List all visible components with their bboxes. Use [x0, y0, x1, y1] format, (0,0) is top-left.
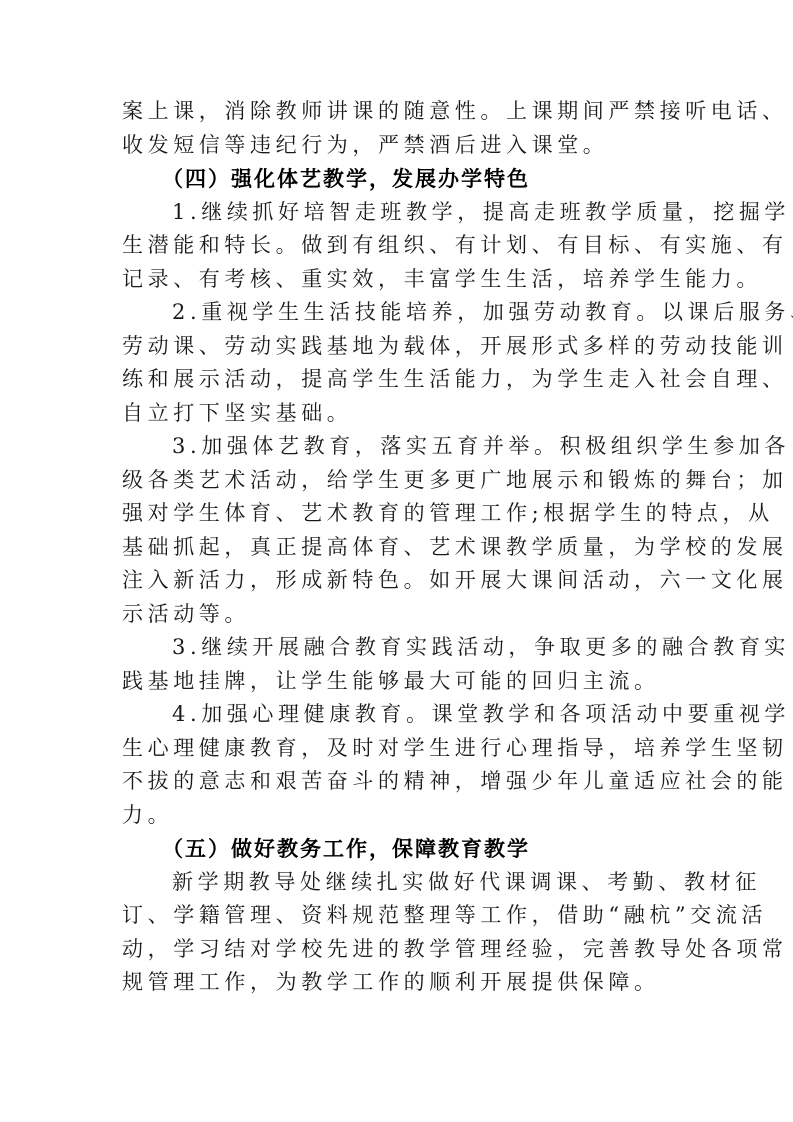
section-heading: （四）强化体艺教学，发展办学特色 [122, 162, 670, 196]
text-line: 案上课，消除教师讲课的随意性。上课期间严禁接听电话、 [122, 95, 670, 129]
text-line: 新学期教导处继续扎实做好代课调课、考勤、教材征 [122, 866, 670, 900]
text-line: 基础抓起，真正提高体育、艺术课教学质量，为学校的发展 [122, 531, 670, 565]
text-line: 2.重视学生生活技能培养，加强劳动教育。以课后服务、 [122, 296, 670, 330]
section-heading: （五）做好教务工作，保障教育教学 [122, 832, 670, 866]
section-5: （五）做好教务工作，保障教育教学 新学期教导处继续扎实做好代课调课、考勤、教材征… [122, 832, 670, 1000]
text-line: 示活动等。 [122, 598, 670, 632]
text-line: 收发短信等违纪行为，严禁酒后进入课堂。 [122, 129, 670, 163]
text-line: 生潜能和特长。做到有组织、有计划、有目标、有实施、有 [122, 229, 670, 263]
text-line: 自立打下坚实基础。 [122, 397, 670, 431]
list-item-4: 4.加强心理健康教育。课堂教学和各项活动中要重视学 生心理健康教育，及时对学生进… [122, 698, 670, 832]
text-line: 规管理工作，为教学工作的顺利开展提供保障。 [122, 966, 670, 1000]
text-line: 3.继续开展融合教育实践活动，争取更多的融合教育实 [122, 631, 670, 665]
text-line: 强对学生体育、艺术教育的管理工作;根据学生的特点，从 [122, 497, 670, 531]
text-line: 4.加强心理健康教育。课堂教学和各项活动中要重视学 [122, 698, 670, 732]
text-line: 注入新活力，形成新特色。如开展大课间活动，六一文化展 [122, 564, 670, 598]
text-line: 1.继续抓好培智走班教学，提高走班教学质量，挖掘学 [122, 196, 670, 230]
text-line: 劳动课、劳动实践基地为载体，开展形式多样的劳动技能训 [122, 330, 670, 364]
text-line: 订、学籍管理、资料规范整理等工作，借助“融杭”交流活 [122, 899, 670, 933]
list-item-2: 2.重视学生生活技能培养，加强劳动教育。以课后服务、 劳动课、劳动实践基地为载体… [122, 296, 670, 430]
section-4: （四）强化体艺教学，发展办学特色 1.继续抓好培智走班教学，提高走班教学质量，挖… [122, 162, 670, 832]
text-line: 3.加强体艺教育，落实五育并举。积极组织学生参加各 [122, 430, 670, 464]
text-line: 践基地挂牌，让学生能够最大可能的回归主流。 [122, 665, 670, 699]
text-line: 动，学习结对学校先进的教学管理经验，完善教导处各项常 [122, 933, 670, 967]
section-5-paragraph: 新学期教导处继续扎实做好代课调课、考勤、教材征 订、学籍管理、资料规范整理等工作… [122, 866, 670, 1000]
list-item-3b: 3.继续开展融合教育实践活动，争取更多的融合教育实 践基地挂牌，让学生能够最大可… [122, 631, 670, 698]
text-line: 力。 [122, 799, 670, 833]
text-line: 记录、有考核、重实效，丰富学生生活，培养学生能力。 [122, 263, 670, 297]
text-line: 级各类艺术活动，给学生更多更广地展示和锻炼的舞台；加 [122, 464, 670, 498]
intro-paragraph: 案上课，消除教师讲课的随意性。上课期间严禁接听电话、 收发短信等违纪行为，严禁酒… [122, 95, 670, 162]
list-item-3a: 3.加强体艺教育，落实五育并举。积极组织学生参加各 级各类艺术活动，给学生更多更… [122, 430, 670, 631]
text-line: 练和展示活动，提高学生生活能力，为学生走入社会自理、 [122, 363, 670, 397]
document-page: 案上课，消除教师讲课的随意性。上课期间严禁接听电话、 收发短信等违纪行为，严禁酒… [122, 95, 670, 1000]
list-item-1: 1.继续抓好培智走班教学，提高走班教学质量，挖掘学 生潜能和特长。做到有组织、有… [122, 196, 670, 297]
text-line: 不拔的意志和艰苦奋斗的精神，增强少年儿童适应社会的能 [122, 765, 670, 799]
text-line: 生心理健康教育，及时对学生进行心理指导，培养学生坚韧 [122, 732, 670, 766]
